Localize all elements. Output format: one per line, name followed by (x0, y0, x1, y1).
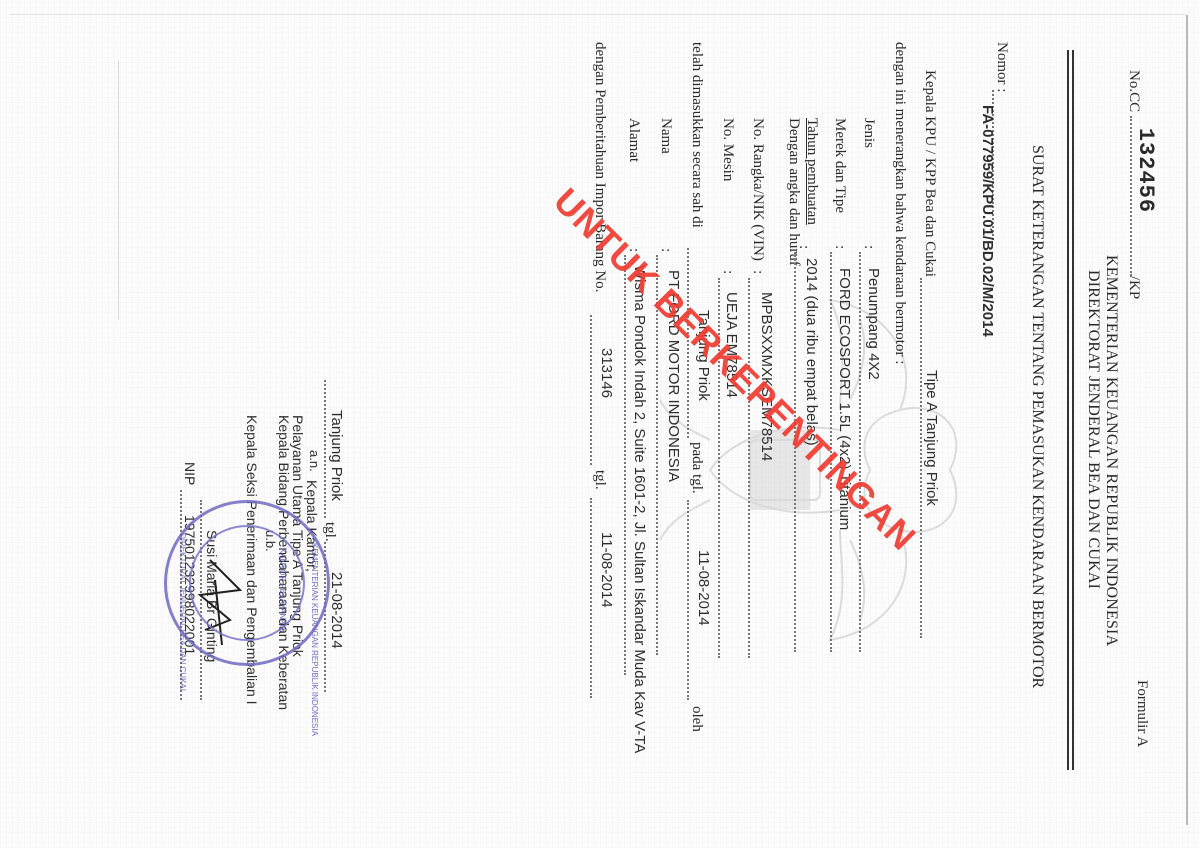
colon: : (860, 245, 877, 249)
colon: : (831, 245, 848, 249)
entry-by-label: oleh (688, 706, 705, 732)
entry-date: 11-08-2014 (695, 550, 712, 626)
header-rule-1 (1072, 50, 1074, 770)
importer-address-label: Alamat (625, 118, 642, 162)
field-value-jenis: Penumpang 4X2 (865, 268, 882, 380)
seal-outer-text: KEMENTERIAN KEUANGAN REPUBLIK INDONESIA (310, 543, 319, 736)
jenis-dots (859, 252, 861, 652)
colon: : (657, 248, 674, 252)
office-value: Tipe A Tanjung Priok (923, 370, 940, 506)
field-label-vin: No. Rangka/NIK (VIN) (749, 118, 766, 261)
sign-place: Tanjung Priok (328, 410, 345, 501)
cc-number: 132456 (1133, 128, 1158, 213)
pib-date: 11-08-2014 (598, 532, 615, 608)
colon: : (749, 270, 766, 274)
form-label: Formulir A (1133, 680, 1150, 747)
official-seal-stamp: KEMENTERIAN KEUANGAN REPUBLIK INDONESIA … (164, 500, 330, 666)
field-label-merek: Merek dan Tipe (831, 118, 848, 213)
office-label: Kepala KPU / KPP Bea dan Cukai (921, 70, 938, 277)
paper-edge-right (1186, 15, 1188, 825)
nip-label: NIP (182, 462, 198, 485)
nomor-value: FA-077959/KPU.01/BD.02/M/2014 (979, 105, 996, 337)
paper-edge-top (10, 14, 1186, 15)
sign-place-dots (324, 380, 326, 518)
colon: : (795, 245, 812, 249)
ministry-name: KEMENTERIAN KEUANGAN REPUBLIK INDONESIA (1102, 255, 1120, 646)
rotated-document: No.CC 132456 /KP Formulir A KEMENTERIAN … (60, 30, 1160, 830)
entry-date-dots (687, 500, 689, 700)
sign-date-label: tgl. (321, 522, 338, 542)
pib-date-dots (590, 498, 592, 698)
entry-date-label: pada tgl. (688, 442, 705, 494)
pib-date-label: tgl. (591, 470, 608, 490)
cc-number-line: No.CC 132456 /KP (1125, 70, 1150, 299)
seal-inner-text: KANTOR PELAYANAN (278, 548, 287, 630)
nomor-label: Nomor : (993, 42, 1010, 92)
entry-label: telah dimasukkan secara sah di (688, 42, 705, 228)
seal-inner-ring (189, 525, 305, 641)
seal-bottom-text: DIREKTORAT JENDERAL BEA DAN CUKAI (178, 533, 187, 691)
cc-suffix: /KP (1126, 276, 1142, 299)
field-label-mesin: No. Mesin (719, 118, 736, 181)
pib-number-dots (590, 315, 592, 465)
sign-an: a.n. (307, 450, 322, 472)
address-dots (624, 255, 626, 675)
vin-dots (748, 278, 750, 658)
directorate-name: DIREKTORAT JENDERAL BEA DAN CUKAI (1084, 270, 1102, 589)
document-title: SURAT KETERANGAN TENTANG PEMASUKAN KENDA… (1028, 145, 1046, 688)
sign-date: 21-08-2014 (328, 572, 345, 649)
field-label-tahun: Tahun pembuatan (803, 118, 820, 225)
field-label-tahun-2: Dengan angka dan huruf (785, 118, 802, 266)
header-rule-2 (1067, 50, 1069, 770)
colon: : (719, 270, 736, 274)
field-label-jenis: Jenis (860, 118, 877, 148)
importer-address: Wisma Pondok Indah 2, Suite 1601-2, Jl. … (631, 265, 648, 753)
office-dots (920, 278, 922, 638)
cc-prefix: No.CC (1126, 70, 1142, 112)
intro-text: dengan ini menerangkan bahwa kendaraan b… (891, 42, 908, 364)
importer-name-label: Nama (657, 118, 674, 154)
pib-number: 313146 (598, 348, 615, 398)
